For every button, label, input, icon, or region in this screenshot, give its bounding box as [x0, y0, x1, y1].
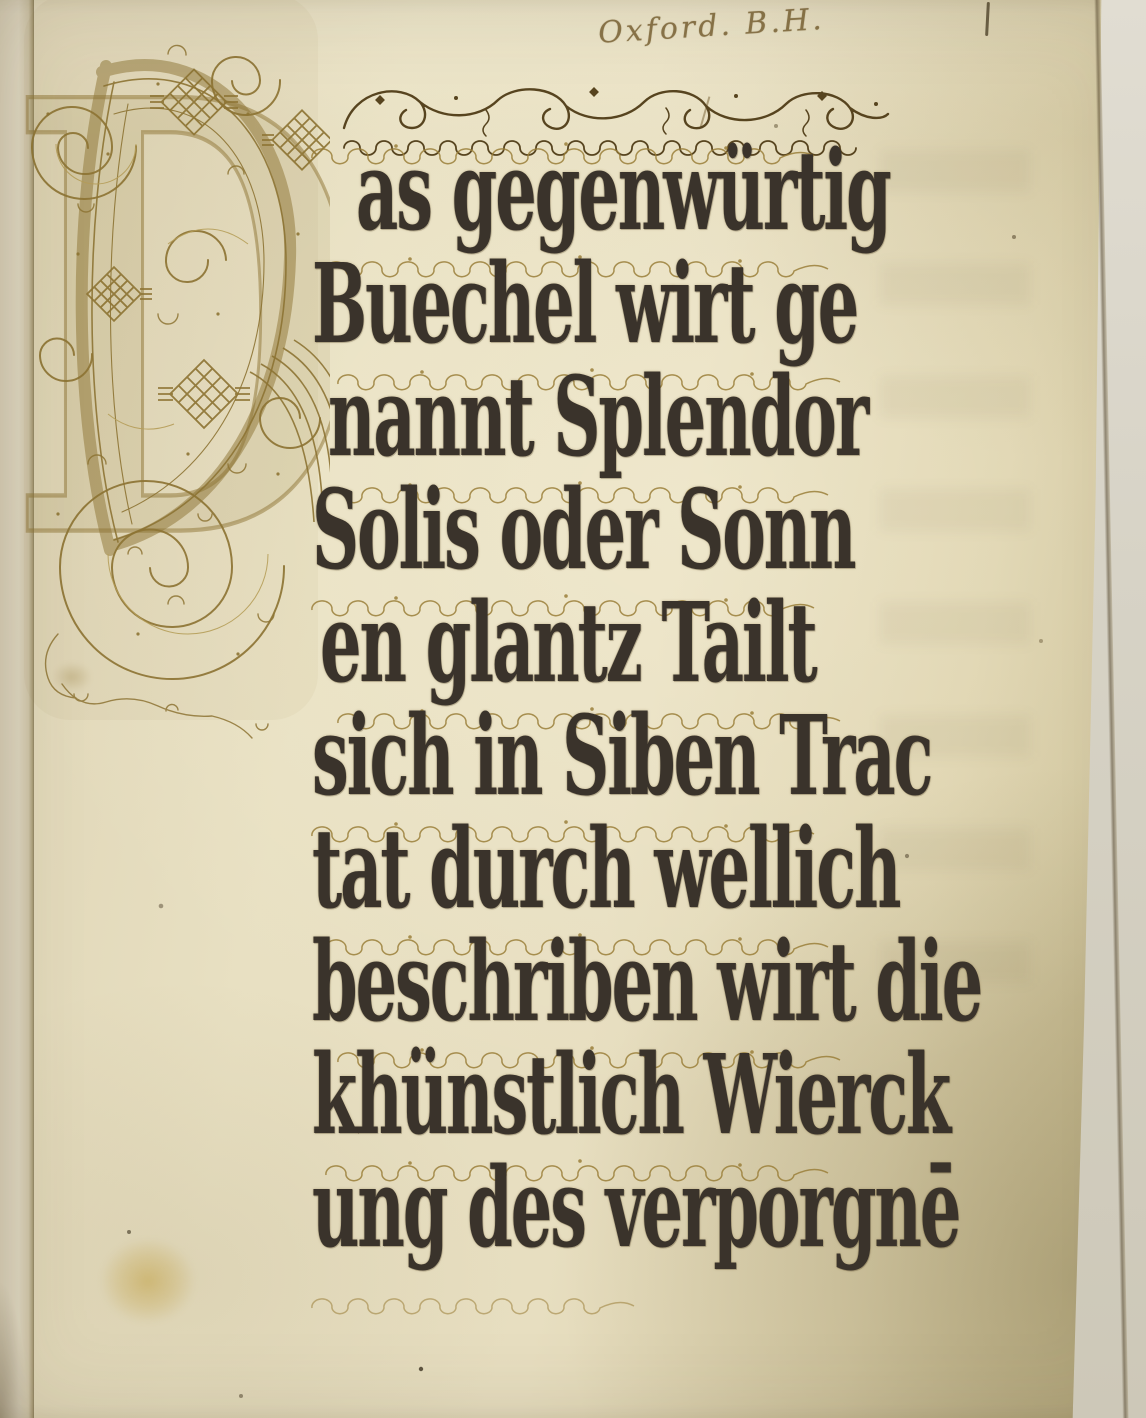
line-text: sich in Siben Trac [312, 691, 931, 820]
line-text: as gegenwürtig [356, 126, 890, 255]
annotation-text: Oxford. B.H. [597, 0, 919, 51]
manuscript-photo: Oxford. B.H. D [0, 0, 1146, 1418]
line-text: Solis oder Sonn [312, 465, 855, 594]
line-text: en glantz Tailt [320, 578, 816, 707]
parchment-stain-small [52, 662, 92, 692]
ink-specks [0, 0, 2, 2]
line-text: tat durch wellich [312, 804, 899, 933]
folio-stroke [985, 2, 990, 36]
parchment-stain [100, 1238, 196, 1324]
line-text: khünstlich Wierck [312, 1030, 949, 1159]
tail-flourish [306, 1286, 846, 1320]
line-text: ung des verporgnē [312, 1143, 959, 1272]
page-edge [1094, 0, 1129, 1418]
illuminated-initial-d: D [18, 0, 330, 746]
line-text: Buechel wirt ge [312, 239, 857, 368]
manuscript-line: ung des verporgnē [312, 1165, 912, 1278]
line-text: beschriben wirt die [312, 917, 981, 1046]
text-block: as gegenwürtig Buechel wirt ge nannt Spl… [312, 148, 912, 1278]
line-text: nannt Splendor [328, 352, 867, 481]
parchment-page: Oxford. B.H. D [0, 0, 1146, 1418]
